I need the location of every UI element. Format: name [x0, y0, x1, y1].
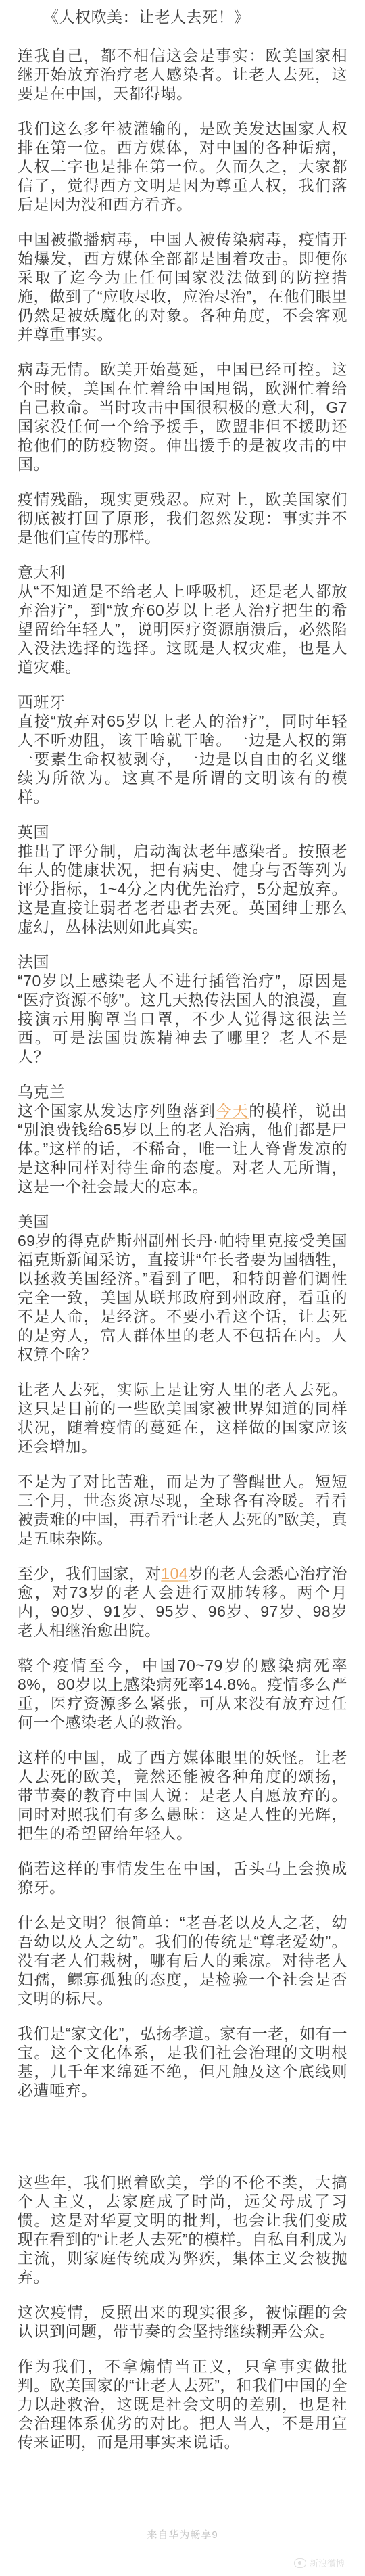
text-segment: 推出了评分制，启动淘汰老年感染者。按照老年人的健康状况，把有病史、健身与否等列为…: [18, 842, 347, 936]
weibo-eye-icon: [294, 2558, 306, 2568]
section-gap: [18, 2116, 347, 2173]
country-heading: 法国: [18, 952, 347, 971]
paragraph: 这样的中国，成了西方媒体眼里的妖怪。让老人去死的欧美，竟然还能被各种角度的颂扬，…: [18, 1748, 347, 1843]
paragraph: 我们是“家文化”，弘扬孝道。家有一老，如有一宝。这个文化体系，是我们社会治理的文…: [18, 2024, 347, 2100]
device-tag: 来自华为畅享9: [18, 2527, 347, 2541]
country-heading: 英国: [18, 823, 347, 842]
text-segment: 倘若这样的事情发生在中国，舌头马上会换成獠牙。: [18, 1860, 347, 1896]
country-heading: 美国: [18, 1212, 347, 1231]
paragraph: 什么是文明？很简单：“老吾老以及人之老，幼吾幼以及人之幼”。我们的传统是“尊老爱…: [18, 1913, 347, 2008]
weibo-watermark: 新浪微博: [18, 2556, 347, 2576]
text-segment: 作为我们，不拿煽情当正义，只拿事实做批判。欧美国家的“让老人去死”，和我们中国的…: [18, 2357, 347, 2451]
paragraph: 我们这么多年被灌输的，是欧美发达国家人权排在第一位。西方媒体，对中国的各种诟病，…: [18, 119, 347, 214]
text-segment: 从“不知道是不给老人上呼吸机，还是老人都放弃治疗”，到“放弃60岁以上老人治疗把…: [18, 582, 347, 676]
text-segment: 什么是文明？很简单：“老吾老以及人之老，幼吾幼以及人之幼”。我们的传统是“尊老爱…: [18, 1914, 347, 2007]
paragraph: 倘若这样的事情发生在中国，舌头马上会换成獠牙。: [18, 1859, 347, 1897]
country-heading: 西班牙: [18, 693, 347, 712]
text-segment: 我们是“家文化”，弘扬孝道。家有一老，如有一宝。这个文化体系，是我们社会治理的文…: [18, 2025, 347, 2099]
text-segment: 这次疫情，反照出来的现实很多，被惊醒的会认识到问题，带节奏的会坚持继续糊弄公众。: [18, 2303, 347, 2340]
text-segment: 让老人去死，实际上是让穷人里的老人去死。这只是目前的一些欧美国家被世界知道的同样…: [18, 1381, 347, 1455]
text-segment: 我们这么多年被灌输的，是欧美发达国家人权排在第一位。西方媒体，对中国的各种诟病，…: [18, 120, 347, 213]
paragraph: 英国推出了评分制，启动淘汰老年感染者。按照老年人的健康状况，把有病史、健身与否等…: [18, 823, 347, 936]
paragraph: 法国“70岁以上感染老人不进行插管治疗”，原因是“医疗资源不够”。这几天热传法国…: [18, 952, 347, 1066]
paragraph: 西班牙直接“放弃对65岁以上老人的治疗”，同时年轻人不听劝阻，该干啥就干啥。一边…: [18, 693, 347, 806]
paragraph: 这些年，我们照着欧美，学的不伦不类，大搞个人主义，去家庭成了时尚，远父母成了习惯…: [18, 2173, 347, 2286]
text-segment: 至少，我们国家，对: [18, 1565, 161, 1582]
post-title: 《人权欧美：让老人去死！》: [18, 7, 347, 27]
text-segment: 整个疫情至今，中国70~79岁的感染病死率8%，80岁以上感染病死率14.8%。…: [18, 1657, 347, 1731]
inline-link[interactable]: 今天: [216, 1102, 249, 1120]
paragraph: 意大利从“不知道是不给老人上呼吸机，还是老人都放弃治疗”，到“放弃60岁以上老人…: [18, 563, 347, 676]
paragraph: 作为我们，不拿煽情当正义，只拿事实做批判。欧美国家的“让老人去死”，和我们中国的…: [18, 2357, 347, 2452]
paragraph: 美国69岁的得克萨斯州副州长丹·帕特里克接受美国福克斯新闻采访，直接讲“年长者要…: [18, 1212, 347, 1364]
text-segment: 这些年，我们照着欧美，学的不伦不类，大搞个人主义，去家庭成了时尚，远父母成了习惯…: [18, 2173, 347, 2286]
text-segment: “70岁以上感染老人不进行插管治疗”，原因是“医疗资源不够”。这几天热传法国人的…: [18, 972, 347, 1065]
text-segment: 中国被撒播病毒，中国人被传染病毒，疫情开始爆发，西方媒体全部都是围着攻击。即便你…: [18, 231, 347, 343]
paragraph: 这次疫情，反照出来的现实很多，被惊醒的会认识到问题，带节奏的会坚持继续糊弄公众。: [18, 2303, 347, 2341]
paragraph: 乌克兰这个国家从发达序列堕落到今天的模样，说出“别浪费钱给65岁以上的老人治病，…: [18, 1082, 347, 1196]
text-segment: 不是为了对比苦难，而是为了警醒世人。短短三个月，世态炎凉尽现，全球各有冷暖。看看…: [18, 1473, 347, 1547]
text-segment: 连我自己，都不相信这会是事实：欧美国家相继开始放弃治疗老人感染者。让老人去死，这…: [18, 47, 347, 102]
paragraph: 整个疫情至今，中国70~79岁的感染病死率8%，80岁以上感染病死率14.8%。…: [18, 1656, 347, 1732]
text-segment: 这个国家从发达序列堕落到: [18, 1102, 216, 1120]
text-segment: 疫情残酷，现实更残忍。应对上，欧美国家们彻底被打回了原形，我们忽然发现：事实并不…: [18, 490, 347, 546]
paragraph: 中国被撒播病毒，中国人被传染病毒，疫情开始爆发，西方媒体全部都是围着攻击。即便你…: [18, 230, 347, 344]
weibo-longpost-page: 《人权欧美：让老人去死！》 连我自己，都不相信这会是事实：欧美国家相继开始放弃治…: [0, 0, 365, 2576]
text-segment: 69岁的得克萨斯州副州长丹·帕特里克接受美国福克斯新闻采访，直接讲“年长者要为国…: [18, 1232, 347, 1363]
inline-link[interactable]: 104: [161, 1565, 188, 1582]
text-segment: 这样的中国，成了西方媒体眼里的妖怪。让老人去死的欧美，竟然还能被各种角度的颂扬，…: [18, 1749, 347, 1842]
article-body: 连我自己，都不相信这会是事实：欧美国家相继开始放弃治疗老人感染者。让老人去死，这…: [18, 46, 347, 2468]
paragraph: 病毒无情。欧美开始蔓延，中国已经可控。这个时候，美国在忙着给中国甩锅，欧洲忙着给…: [18, 360, 347, 474]
text-segment: 直接“放弃对65岁以上老人的治疗”，同时年轻人不听劝阻，该干啥就干啥。一边是人权…: [18, 712, 347, 806]
text-segment: 病毒无情。欧美开始蔓延，中国已经可控。这个时候，美国在忙着给中国甩锅，欧洲忙着给…: [18, 361, 347, 473]
paragraph: 连我自己，都不相信这会是事实：欧美国家相继开始放弃治疗老人感染者。让老人去死，这…: [18, 46, 347, 103]
paragraph: 疫情残酷，现实更残忍。应对上，欧美国家们彻底被打回了原形，我们忽然发现：事实并不…: [18, 490, 347, 547]
paragraph: 不是为了对比苦难，而是为了警醒世人。短短三个月，世态炎凉尽现，全球各有冷暖。看看…: [18, 1472, 347, 1548]
country-heading: 意大利: [18, 563, 347, 582]
country-heading: 乌克兰: [18, 1082, 347, 1101]
paragraph: 让老人去死，实际上是让穷人里的老人去死。这只是目前的一些欧美国家被世界知道的同样…: [18, 1380, 347, 1456]
watermark-label: 新浪微博: [310, 2556, 345, 2569]
paragraph: 至少，我们国家，对104岁的老人会悉心治疗治愈，对73岁的老人会进行双肺转移。两…: [18, 1564, 347, 1640]
